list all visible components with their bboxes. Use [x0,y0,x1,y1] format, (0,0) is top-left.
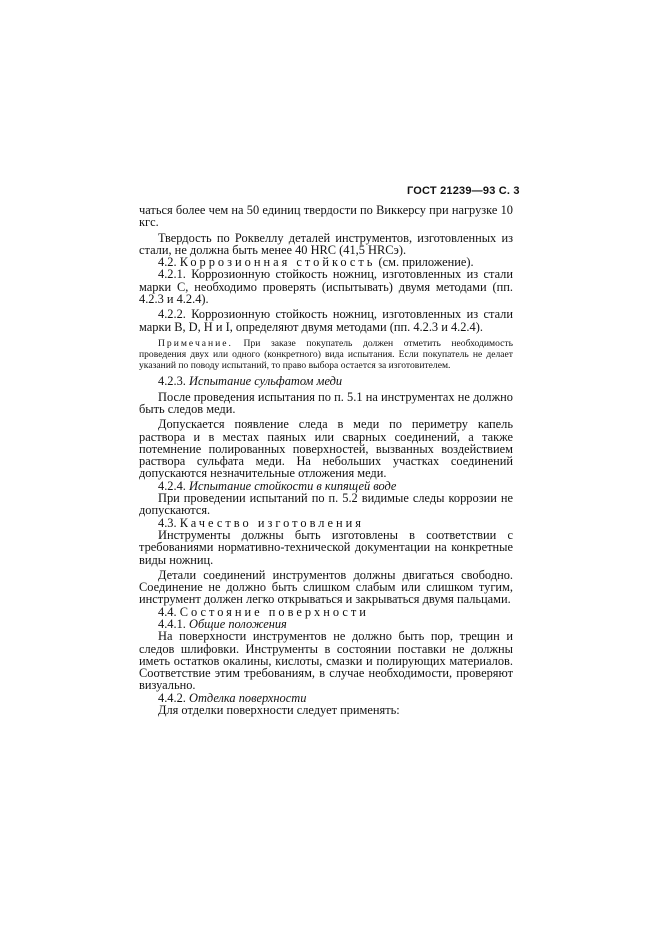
note: Примечание. При заказе покупатель должен… [139,339,513,371]
paragraph: чаться более чем на 50 единиц твердости … [139,204,513,229]
section-number: 4.2.3. [158,374,186,388]
section-heading-4-2-3: 4.2.3. Испытание сульфатом меди [139,375,513,387]
paragraph: Инструменты должны быть изготовлены в со… [139,529,513,566]
paragraph: 4.2.1. Коррозионную стойкость ножниц, из… [139,268,513,305]
paragraph: Детали соединений инструментов должны дв… [139,569,513,606]
paragraph: Для отделки поверхности следует применят… [139,704,513,716]
paragraph: При проведении испытаний по п. 5.2 видим… [139,492,513,517]
paragraph: На поверхности инструментов не должно бы… [139,630,513,691]
paragraph: 4.2.2. Коррозионную стойкость ножниц, из… [139,308,513,333]
paragraph: После проведения испытания по п. 5.1 на … [139,391,513,416]
note-label: Примечание. [158,338,233,349]
running-header: ГОСТ 21239—93 С. 3 [407,185,520,197]
paragraph: Твердость по Роквеллу деталей инструмент… [139,232,513,257]
section-title: Испытание сульфатом меди [189,374,342,388]
paragraph: Допускается появление следа в меди по пе… [139,418,513,479]
page-body: чаться более чем на 50 единиц твердости … [139,204,513,716]
